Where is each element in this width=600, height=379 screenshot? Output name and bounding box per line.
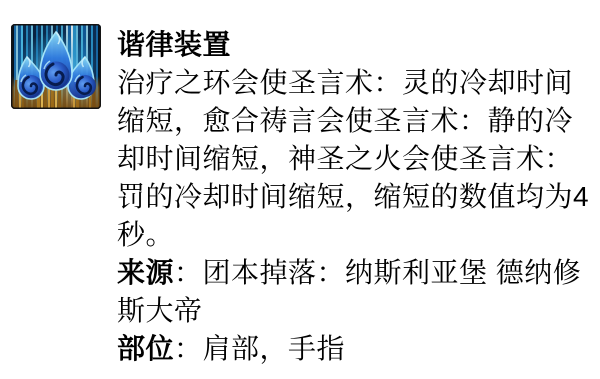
description-line-2: 缩短，愈合祷言会使圣言术：静的冷 bbox=[117, 102, 599, 140]
slot-label: 部位 bbox=[117, 333, 174, 364]
item-tooltip-card: 谐律装置 治疗之环会使圣言术：灵的冷却时间 缩短，愈合祷言会使圣言术：静的冷 却… bbox=[0, 0, 600, 379]
description-line-3: 却时间缩短，神圣之火会使圣言术： bbox=[117, 140, 599, 178]
item-title: 谐律装置 bbox=[117, 26, 599, 64]
slot-text: ：肩部，手指 bbox=[174, 333, 345, 364]
harmonious-apparatus-icon-art bbox=[11, 24, 101, 109]
item-text-column: 谐律装置 治疗之环会使圣言术：灵的冷却时间 缩短，愈合祷言会使圣言术：静的冷 却… bbox=[117, 26, 599, 368]
source-line-1: 来源：团本掉落：纳斯利亚堡 德纳修 bbox=[117, 254, 599, 292]
description-line-5: 秒。 bbox=[117, 216, 599, 254]
description-line-1: 治疗之环会使圣言术：灵的冷却时间 bbox=[117, 64, 599, 102]
source-text: ：团本掉落：纳斯利亚堡 德纳修 bbox=[174, 257, 581, 288]
description-line-4: 罚的冷却时间缩短，缩短的数值均为4 bbox=[117, 178, 599, 216]
source-label: 来源 bbox=[117, 257, 174, 288]
slot-line: 部位：肩部，手指 bbox=[117, 330, 599, 368]
source-line-2: 斯大帝 bbox=[117, 292, 599, 330]
harmonious-apparatus-icon bbox=[11, 24, 101, 109]
